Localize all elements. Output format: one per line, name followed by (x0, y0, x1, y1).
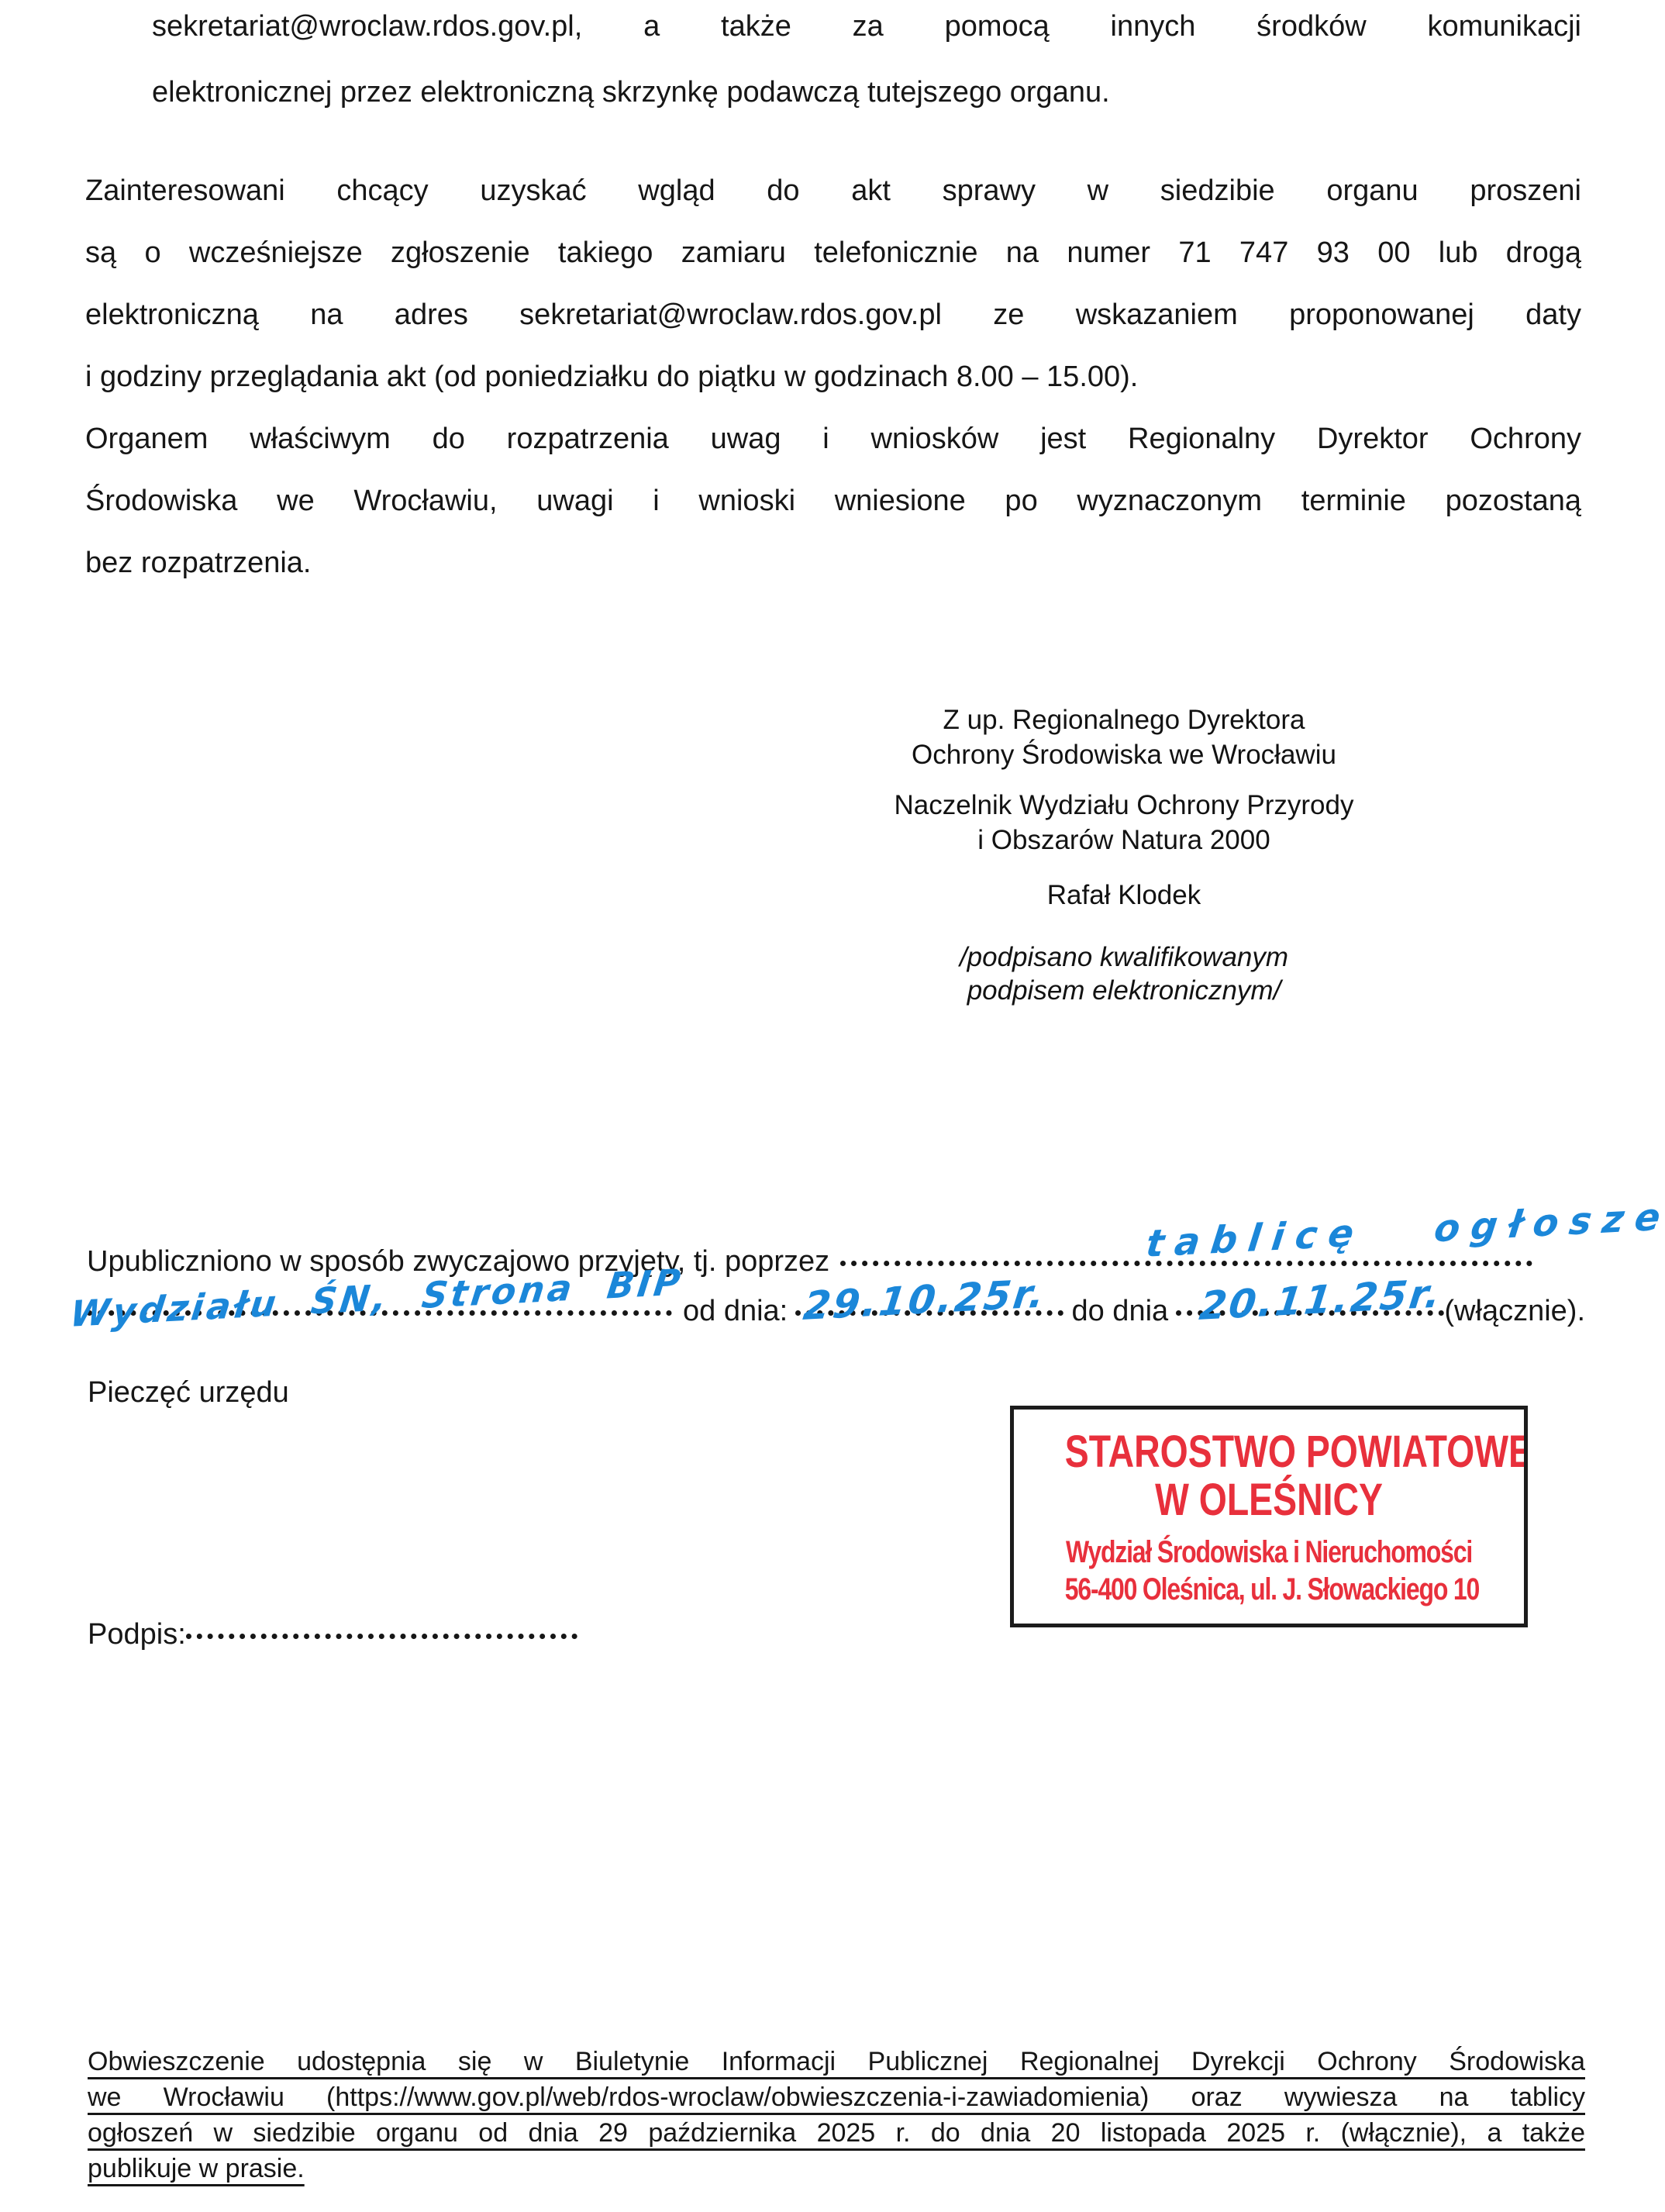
dotted-line (1176, 1310, 1444, 1316)
footer-line: Obwieszczenie udostępnia się w Biuletyni… (88, 2044, 1585, 2079)
body-paragraph-3: Organem właściwym do rozpatrzenia uwag i… (85, 408, 1581, 594)
esignature-note-line: /podpisano kwalifikowanym (783, 940, 1465, 974)
paragraph-line: Środowiska we Wrocławiu, uwagi i wnioski… (85, 470, 1581, 532)
signature-authorization-line: Ochrony Środowiska we Wrocławiu (783, 737, 1465, 772)
fill-in-blank-date-from: 29.10.25r. (795, 1315, 1063, 1320)
paragraph-line: elektroniczną na adres sekretariat@wrocl… (85, 284, 1581, 346)
fill-in-blank-date-to: 20.11.25r. (1176, 1315, 1444, 1320)
signature-authorization-line: Z up. Regionalnego Dyrektora (783, 702, 1465, 737)
paragraph-line: Organem właściwym do rozpatrzenia uwag i… (85, 408, 1581, 470)
paragraph-line: są o wcześniejsze zgłoszenie takiego zam… (85, 222, 1581, 284)
document-page: sekretariat@wroclaw.rdos.gov.pl, a także… (0, 0, 1665, 2212)
dotted-line (840, 1261, 1532, 1266)
body-paragraph-1: sekretariat@wroclaw.rdos.gov.pl, a także… (152, 0, 1581, 126)
footer-note: Obwieszczenie udostępnia się w Biuletyni… (88, 2044, 1585, 2186)
office-stamp: STAROSTWO POWIATOWE W OLEŚNICY Wydział Ś… (1010, 1406, 1528, 1627)
stamp-line-3: Wydział Środowiska i Nieruchomości (1065, 1534, 1473, 1571)
paragraph-line: Zainteresowani chcący uzyskać wgląd do a… (85, 160, 1581, 222)
pieczec-urzedu-label: Pieczęć urzędu (88, 1376, 289, 1410)
footer-line: ogłoszeń w siedzibie organu od dnia 29 p… (88, 2115, 1585, 2151)
paragraph-line: elektronicznej przez elektroniczną skrzy… (152, 60, 1581, 126)
spacer (1065, 1524, 1473, 1534)
body-paragraph-2: Zainteresowani chcący uzyskać wgląd do a… (85, 160, 1581, 408)
wlacznie-label: (włącznie). (1444, 1281, 1585, 1341)
paragraph-line: bez rozpatrzenia. (85, 532, 1581, 594)
paragraph-line: i godziny przeglądania akt (od poniedzia… (85, 346, 1581, 408)
od-dnia-label: od dnia: (683, 1281, 788, 1341)
paragraph-line: sekretariat@wroclaw.rdos.gov.pl, a także… (152, 0, 1581, 60)
stamp-line-1: STAROSTWO POWIATOWE (1065, 1428, 1473, 1476)
footer-line: we Wrocławiu (https://www.gov.pl/web/rdo… (88, 2079, 1585, 2115)
signature-position-line: i Obszarów Natura 2000 (783, 823, 1465, 858)
fill-in-blank-medium: tablicę ogłoszeń (840, 1265, 1532, 1271)
podpis-label: Podpis: (88, 1611, 186, 1658)
spacer (783, 913, 1465, 940)
footer-line: publikuje w prasie. (88, 2151, 305, 2186)
stamp-line-2: W OLEŚNICY (1065, 1476, 1473, 1524)
signer-name: Rafał Klodek (783, 878, 1465, 913)
spacer (783, 772, 1465, 788)
signature-block: Z up. Regionalnego Dyrektora Ochrony Śro… (783, 702, 1465, 1007)
dotted-line (795, 1310, 1063, 1316)
fill-in-blank-medium2: Wydziału ŚN, Strona BIP (87, 1315, 672, 1320)
esignature-note-line: podpisem elektronicznym/ (783, 974, 1465, 1007)
dotted-line (186, 1634, 577, 1639)
office-stamp-ink: STAROSTWO POWIATOWE W OLEŚNICY Wydział Ś… (1065, 1428, 1473, 1608)
publication-section: Upubliczniono w sposób zwyczajowo przyję… (87, 1231, 1585, 1341)
signature-blank (186, 1638, 577, 1644)
spacer (783, 858, 1465, 878)
do-dnia-label: do dnia (1071, 1281, 1168, 1341)
podpis-line: Podpis: (88, 1611, 630, 1658)
dotted-line (87, 1310, 672, 1316)
stamp-line-4: 56-400 Oleśnica, ul. J. Słowackiego 10 (1065, 1571, 1473, 1608)
signature-position-line: Naczelnik Wydziału Ochrony Przyrody (783, 788, 1465, 823)
